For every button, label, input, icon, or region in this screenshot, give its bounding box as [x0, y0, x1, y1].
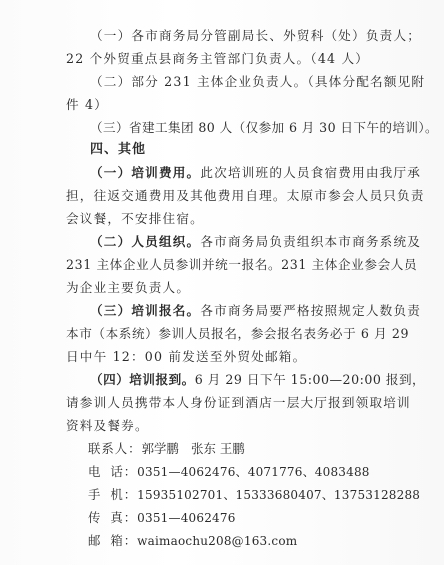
organization-paragraph-line-3: 为企业主要负责人。 — [66, 277, 384, 299]
contact-fax-value: 0351—4062476 — [137, 511, 235, 525]
contact-email-value: waimaochu208@163.com — [137, 534, 297, 548]
document-page: （一）各市商务局分管副局长、外贸科（处）负责人； 22 个外贸重点县商务主管部门… — [0, 0, 444, 565]
fees-paragraph-line-1: （一）培训费用。此次培训班的人员食宿费用由我厅承 — [90, 162, 384, 184]
contact-email-label-a: 邮 — [88, 530, 110, 552]
participant-item-3-line-1: （三）省建工集团 80 人（仅参加 6 月 30 日下午的培训）。 — [90, 117, 384, 139]
section-heading-other: 四、其他 — [90, 139, 408, 161]
checkin-paragraph-line-2: 请参训人员携带本人身份证到酒店一层大厅报到领取培训 — [66, 392, 384, 414]
contact-person-label: 联系人： — [88, 438, 142, 460]
registration-paragraph-line-3: 日中午 12：00 前发送至外贸处邮箱。 — [66, 346, 384, 368]
fees-paragraph-line-3: 会议餐，不安排住宿。 — [66, 208, 384, 230]
contact-mobile-label-a: 手 — [88, 484, 110, 506]
fees-text: 此次培训班的人员食宿费用由我厅承 — [200, 165, 421, 180]
contact-phone-value: 0351—4062476、4071776、4083488 — [137, 465, 369, 479]
registration-paragraph-line-2: 本市（本系统）参训人员报名，参会报名表务必于 6 月 29 — [66, 323, 384, 345]
contact-person-value: 郭学鹏 张东 王鹏 — [142, 441, 245, 456]
contact-mobile-row: 手机：15935102701、15333680407、13753128288 — [88, 484, 420, 506]
fees-paragraph-line-2: 担，往返交通费用及其他费用自理。太原市参会人员只负责 — [66, 185, 384, 207]
checkin-paragraph-line-1: （四）培训报到。6 月 29 日下午 15:00—20:00 报到， — [90, 369, 384, 391]
registration-title: （三）培训报名。 — [90, 303, 200, 318]
participant-item-1-line-2: 22 个外贸重点县商务主管部门负责人。（44 人） — [66, 48, 384, 70]
contact-person-row: 联系人：郭学鹏 张东 王鹏 — [88, 438, 245, 460]
fees-title: （一）培训费用。 — [90, 165, 200, 180]
organization-title: （二）人员组织。 — [90, 234, 200, 249]
checkin-title: （四）培训报到。 — [90, 372, 195, 387]
registration-paragraph-line-1: （三）培训报名。各市商务局要严格按照规定人数负责 — [90, 300, 384, 322]
organization-paragraph-line-1: （二）人员组织。各市商务局负责组织本市商务系统及 — [90, 231, 384, 253]
organization-text: 各市商务局负责组织本市商务系统及 — [200, 234, 421, 249]
contact-phone-label-a: 电 — [88, 461, 110, 483]
registration-text: 各市商务局要严格按照规定人数负责 — [200, 303, 421, 318]
contact-fax-label-b: 真： — [110, 507, 137, 529]
checkin-text: 6 月 29 日下午 15:00—20:00 报到， — [195, 372, 425, 387]
contact-phone-row: 电话：0351—4062476、4071776、4083488 — [88, 461, 370, 483]
contact-mobile-value: 15935102701、15333680407、13753128288 — [137, 488, 420, 502]
contact-phone-label-b: 话： — [110, 461, 137, 483]
contact-email-row: 邮箱：waimaochu208@163.com — [88, 530, 297, 552]
contact-fax-label-a: 传 — [88, 507, 110, 529]
participant-item-2-line-2: 件 4） — [66, 94, 384, 116]
participant-item-1-line-1: （一）各市商务局分管副局长、外贸科（处）负责人； — [90, 25, 384, 47]
organization-paragraph-line-2: 231 主体企业人员参训并统一报名。231 主体企业参会人员 — [66, 254, 384, 276]
checkin-paragraph-line-3: 资料及餐券。 — [66, 415, 384, 437]
contact-mobile-label-b: 机： — [110, 484, 137, 506]
participant-item-2-line-1: （二）部分 231 主体企业负责人。（具体分配名额见附 — [90, 71, 384, 93]
contact-email-label-b: 箱： — [110, 530, 137, 552]
contact-fax-row: 传真：0351—4062476 — [88, 507, 236, 529]
